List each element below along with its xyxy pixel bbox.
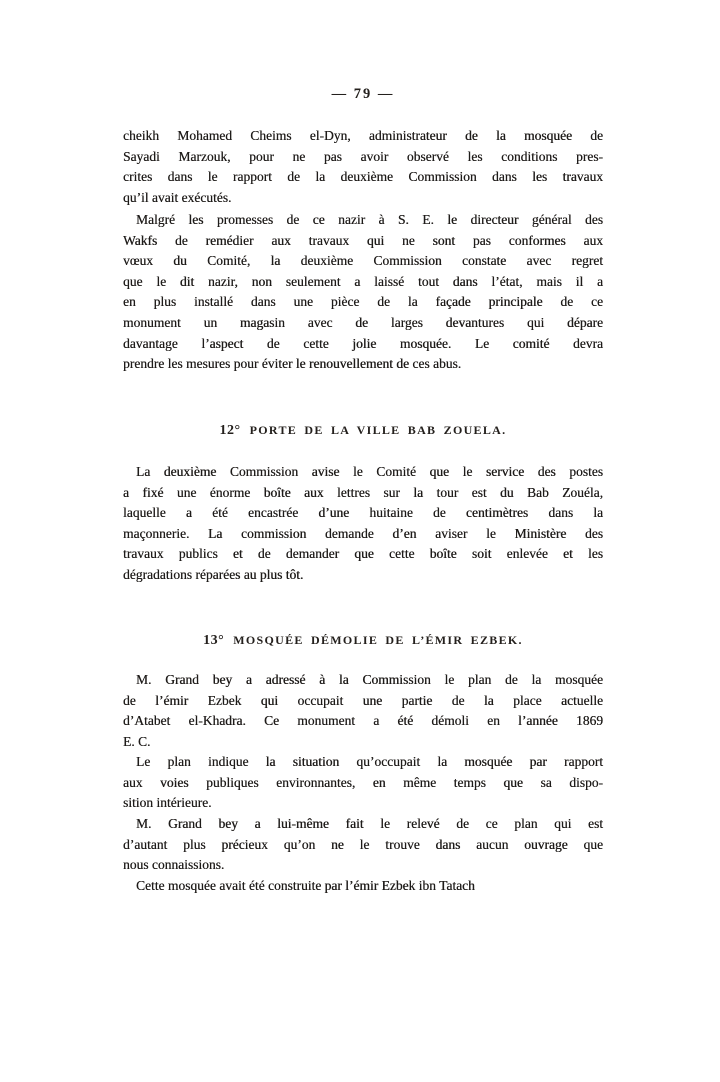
text-line: travaux publics et de demander que cette… <box>123 544 603 565</box>
text-line: qu’il avait exécutés. <box>123 188 603 209</box>
section-heading-13: 13°MOSQUÉE DÉMOLIE DE L’ÉMIR EZBEK. <box>123 631 603 649</box>
text-line: d’Atabet el-Khadra. Ce monument a été dé… <box>123 711 603 732</box>
text-line: sition intérieure. <box>123 793 603 814</box>
text-line: dégradations réparées au plus tôt. <box>123 565 603 586</box>
text-line: prendre les mesures pour éviter le renou… <box>123 354 603 375</box>
text-line: Wakfs de remédier aux travaux qui ne son… <box>123 231 603 252</box>
text-line: E. C. <box>123 732 603 753</box>
text-line: aux voies publiques environnantes, en mê… <box>123 773 603 794</box>
text-column: — 79 — cheikh Mohamed Cheims el-Dyn, adm… <box>123 0 603 1082</box>
section-title: MOSQUÉE DÉMOLIE DE L’ÉMIR EZBEK. <box>233 633 523 647</box>
paragraph-releve: M. Grand bey a lui-même fait le relevé d… <box>123 814 603 876</box>
text-line: Le plan indique la situation qu’occupait… <box>123 752 603 773</box>
paragraph-continuation: cheikh Mohamed Cheims el-Dyn, administra… <box>123 126 603 208</box>
text-line: crites dans le rapport de la deuxième Co… <box>123 167 603 188</box>
text-line: maçonnerie. La commission demande d’en a… <box>123 524 603 545</box>
section-number: 13° <box>203 633 224 648</box>
text-line: Cette mosquée avait été construite par l… <box>123 876 603 897</box>
text-line: M. Grand bey a adressé à la Commission l… <box>123 670 603 691</box>
text-line: cheikh Mohamed Cheims el-Dyn, administra… <box>123 126 603 147</box>
paragraph-bab-zouela: La deuxième Commission avise le Comité q… <box>123 462 603 586</box>
section-heading-12: 12°PORTE DE LA VILLE BAB ZOUELA. <box>123 421 603 439</box>
text-line: vœux du Comité, la deuxième Commission c… <box>123 251 603 272</box>
text-line: Malgré les promesses de ce nazir à S. E.… <box>123 210 603 231</box>
text-line: d’autant plus précieux qu’on ne le trouv… <box>123 835 603 856</box>
paragraph-plan-mosquee: M. Grand bey a adressé à la Commission l… <box>123 670 603 752</box>
section-title: PORTE DE LA VILLE BAB ZOUELA. <box>250 423 507 437</box>
page-number-header: — 79 — <box>123 86 603 103</box>
paragraph-nazir: Malgré les promesses de ce nazir à S. E.… <box>123 210 603 375</box>
text-line: La deuxième Commission avise le Comité q… <box>123 462 603 483</box>
text-line: nous connaissions. <box>123 855 603 876</box>
text-line: Sayadi Marzouk, pour ne pas avoir observ… <box>123 147 603 168</box>
text-line: a fixé une énorme boîte aux lettres sur … <box>123 483 603 504</box>
scanned-book-page: — 79 — cheikh Mohamed Cheims el-Dyn, adm… <box>0 0 720 1082</box>
text-line: M. Grand bey a lui-même fait le relevé d… <box>123 814 603 835</box>
text-line: de l’émir Ezbek qui occupait une partie … <box>123 691 603 712</box>
text-line: monument un magasin avec de larges devan… <box>123 313 603 334</box>
paragraph-construite: Cette mosquée avait été construite par l… <box>123 876 603 897</box>
text-line: laquelle a été encastrée d’une huitaine … <box>123 503 603 524</box>
text-line: en plus installé dans une pièce de la fa… <box>123 292 603 313</box>
text-line: davantage l’aspect de cette jolie mosqué… <box>123 334 603 355</box>
text-line: que le dit nazir, non seulement a laissé… <box>123 272 603 293</box>
section-number: 12° <box>220 423 241 438</box>
paragraph-situation: Le plan indique la situation qu’occupait… <box>123 752 603 814</box>
